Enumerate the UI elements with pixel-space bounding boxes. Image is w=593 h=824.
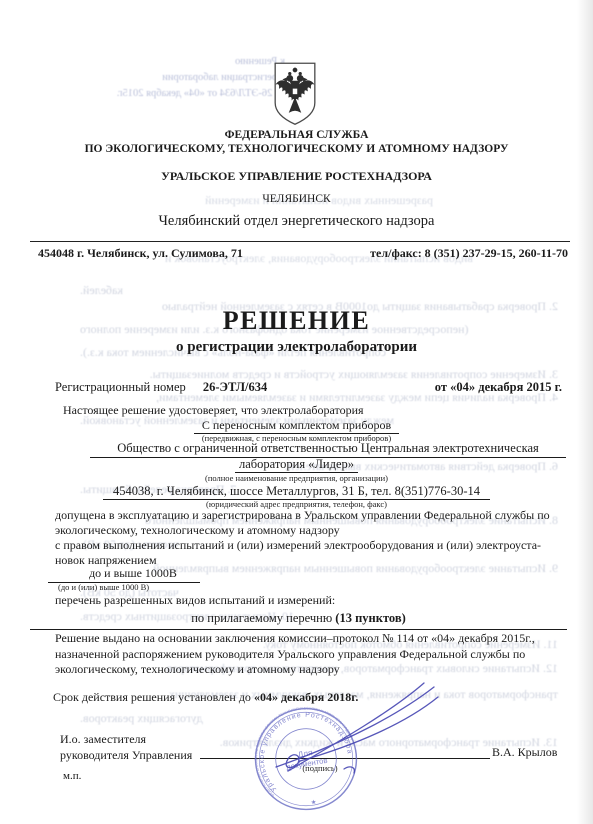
list-value-text: по прилагаемому перечню — [191, 611, 335, 625]
admitted-line2: экологическому, технологическому и атомн… — [55, 523, 340, 538]
validity-text: Срок действия решения установлен до — [53, 690, 254, 704]
admitted-line1: допущена в эксплуатацию и зарегистрирова… — [55, 508, 550, 523]
basis-line3: экологическому, технологическому и атомн… — [55, 662, 340, 677]
basis-line1: Решение выдано на основании заключения к… — [55, 631, 535, 646]
registration-date: от «04» декабря 2015 г. — [435, 380, 562, 395]
signatory-name: В.А. Крылов — [492, 745, 557, 760]
intro-line: Настоящее решение удостоверяет, что элек… — [63, 403, 364, 418]
stamp-star: ★ — [310, 799, 317, 807]
basis-line2: назначенной распоряжением руководителя У… — [55, 647, 525, 662]
city-name: ЧЕЛЯБИНСК — [0, 193, 593, 205]
document-title: РЕШЕНИЕ — [0, 306, 593, 336]
seal-place-note: м.п. — [63, 770, 81, 782]
office-phone-fax: тел/факс: 8 (351) 237-29-15, 260-11-70 — [370, 246, 568, 261]
lab-type-field: С переносным комплектом приборов — [0, 418, 593, 433]
signatory-role-line1: И.о. заместителя — [60, 731, 192, 747]
org-name-line2: лаборатория «Лидер» — [235, 457, 358, 473]
list-value-count: (13 пунктов) — [335, 611, 405, 625]
list-label: перечень разрешенных видов испытаний и и… — [55, 593, 335, 608]
russia-coat-of-arms-icon — [271, 61, 319, 127]
agency-name-line2: ПО ЭКОЛОГИЧЕСКОМУ, ТЕХНОЛОГИЧЕСКОМУ И АТ… — [0, 143, 593, 155]
org-address-value: 454038, г. Челябинск, шоссе Металлургов,… — [103, 484, 490, 500]
header-divider — [30, 241, 570, 242]
rights-line1: с правом выполнения испытаний и (или) из… — [55, 538, 541, 553]
office-name: Челябинский отдел энергетического надзор… — [0, 213, 593, 230]
scanned-decision-document: к Решению о регистрации лаборатории № 26… — [0, 0, 593, 824]
regional-department: УРАЛЬСКОЕ УПРАВЛЕНИЕ РОСТЕХНАДЗОРА — [0, 169, 593, 184]
list-value-line: по прилагаемому перечню (13 пунктов) — [30, 611, 567, 630]
voltage-value: до и выше 1000В — [48, 566, 200, 583]
lab-type-value: С переносным комплектом приборов — [194, 418, 399, 434]
signatory-role-line2: руководителя Управления — [60, 747, 192, 763]
org-name-line1: Общество с ограниченной ответственностью… — [90, 441, 566, 458]
registration-number-row: Регистрационный номер 26-ЭТЛ/634 — [55, 380, 267, 395]
voltage-caption: (до и (или) выше 1000 В) — [58, 582, 149, 592]
handwritten-signature — [246, 681, 444, 783]
org-name-line2-wrap: лаборатория «Лидер» — [0, 457, 593, 472]
registration-number-label: Регистрационный номер — [55, 380, 186, 394]
agency-name-line1: ФЕДЕРАЛЬНАЯ СЛУЖБА — [0, 129, 593, 141]
registration-number-value: 26-ЭТЛ/634 — [203, 380, 267, 394]
voltage-field: до и выше 1000В — [48, 566, 200, 583]
org-address-wrap: 454038, г. Челябинск, шоссе Металлургов,… — [0, 484, 593, 499]
signatory-role: И.о. заместителя руководителя Управления — [60, 731, 192, 763]
document-subtitle: о регистрации электролаборатории — [0, 339, 593, 356]
office-address: 454048 г. Челябинск, ул. Сулимова, 71 — [38, 246, 243, 261]
org-name-caption: (полное наименование предприятия, органи… — [0, 473, 593, 483]
